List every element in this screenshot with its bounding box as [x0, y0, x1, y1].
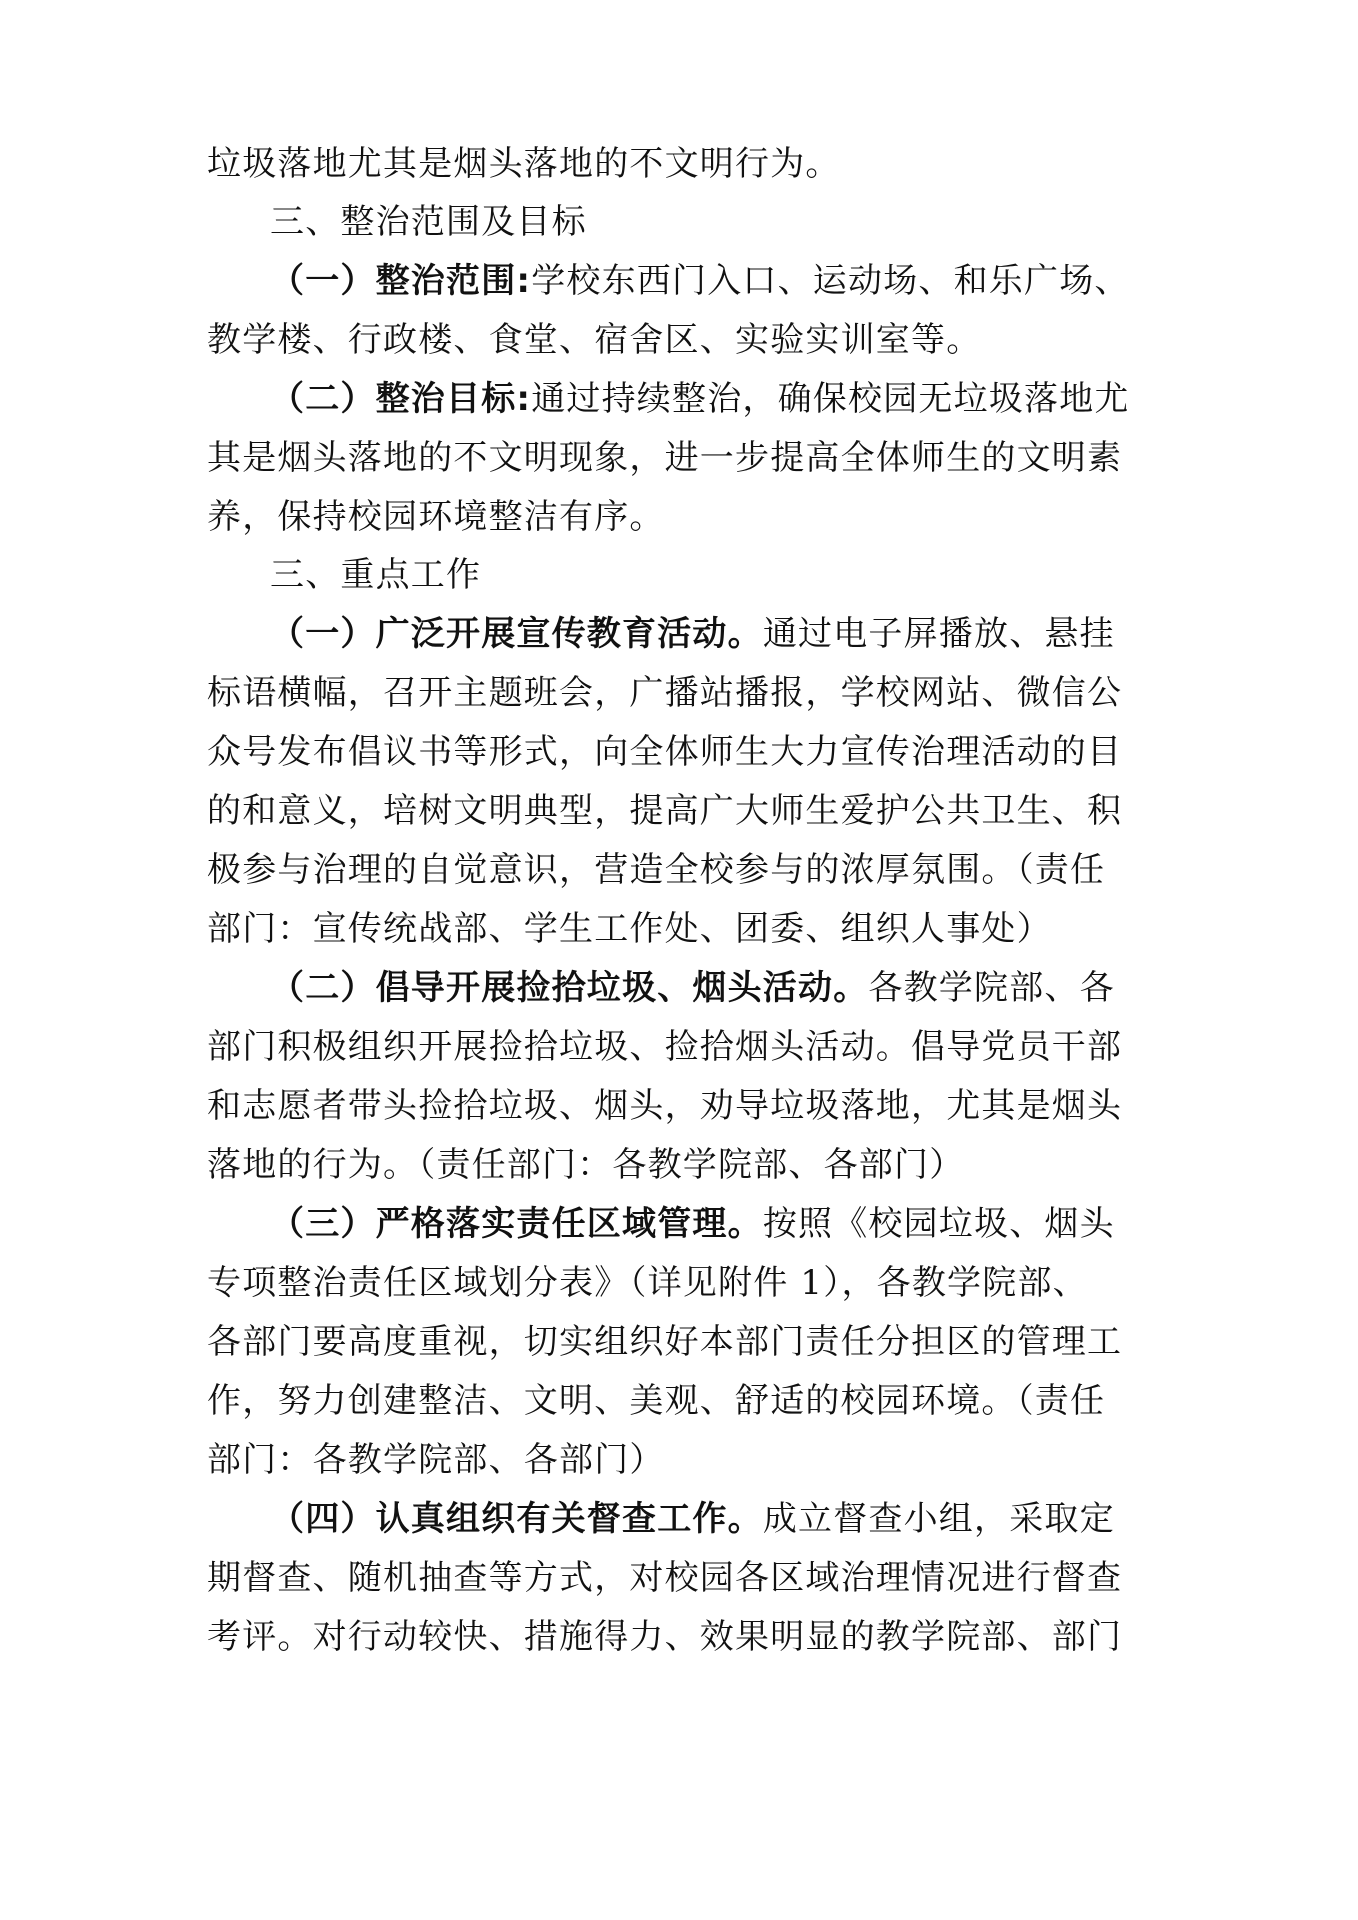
line-text: 和志愿者带头捡拾垃圾、烟头，劝导垃圾落地，尤其是烟头 [207, 1086, 1122, 1126]
text-line: 作，努力创建整洁、文明、美观、舒适的校园环境。（责任 [207, 1379, 1157, 1423]
line-text: 众号发布倡议书等形式，向全体师生大力宣传治理活动的目 [207, 732, 1122, 772]
text-line: 期督查、随机抽查等方式，对校园各区域治理情况进行督查 [207, 1556, 1157, 1600]
paragraph-lead: （一）整治范围: [270, 261, 531, 301]
line-text: 专项整治责任区域划分表》（详见附件 1），各教学院部、 [207, 1263, 1088, 1303]
line-text: 部门：宣传统战部、学生工作处、团委、组织人事处） [207, 909, 1052, 949]
line-text: 部门积极组织开展捡拾垃圾、捡拾烟头活动。倡导党员干部 [207, 1027, 1122, 1067]
text-line: 和志愿者带头捡拾垃圾、烟头，劝导垃圾落地，尤其是烟头 [207, 1084, 1157, 1128]
line-text: 成立督查小组，采取定 [763, 1499, 1115, 1539]
text-line: 部门积极组织开展捡拾垃圾、捡拾烟头活动。倡导党员干部 [207, 1025, 1157, 1069]
line-text: 作，努力创建整洁、文明、美观、舒适的校园环境。（责任 [207, 1381, 1105, 1421]
line-text: 部门：各教学院部、各部门） [207, 1440, 665, 1480]
line-text: 各教学院部、各 [868, 968, 1114, 1008]
heading-text: 三、重点工作 [270, 555, 481, 595]
line-text: 垃圾落地尤其是烟头落地的不文明行为。 [207, 144, 841, 184]
line-text: 通过电子屏播放、悬挂 [763, 614, 1115, 654]
text-line: 众号发布倡议书等形式，向全体师生大力宣传治理活动的目 [207, 730, 1157, 774]
paragraph-start: （三）严格落实责任区域管理。按照《校园垃圾、烟头 [270, 1202, 1220, 1246]
line-text: 的和意义，培树文明典型，提高广大师生爱护公共卫生、积 [207, 791, 1122, 831]
text-line: 专项整治责任区域划分表》（详见附件 1），各教学院部、 [207, 1261, 1157, 1305]
text-line: 考评。对行动较快、措施得力、效果明显的教学院部、部门 [207, 1615, 1157, 1659]
paragraph-lead: （二）整治目标: [270, 379, 531, 419]
document-page: 垃圾落地尤其是烟头落地的不文明行为。 三、整治范围及目标 （一）整治范围:学校东… [0, 0, 1358, 1920]
line-text: 学校东西门入口、运动场、和乐广场、 [531, 261, 1129, 301]
text-line: 教学楼、行政楼、食堂、宿舍区、实验实训室等。 [207, 318, 1157, 362]
text-line: 极参与治理的自觉意识，营造全校参与的浓厚氛围。（责任 [207, 848, 1157, 892]
heading-text: 三、整治范围及目标 [270, 202, 587, 242]
paragraph-start: （一）整治范围:学校东西门入口、运动场、和乐广场、 [270, 259, 1220, 303]
text-line: 养，保持校园环境整洁有序。 [207, 495, 1157, 539]
text-line: 标语横幅，召开主题班会，广播站播报，学校网站、微信公 [207, 671, 1157, 715]
text-line: 各部门要高度重视，切实组织好本部门责任分担区的管理工 [207, 1320, 1157, 1364]
paragraph-start: （一）广泛开展宣传教育活动。通过电子屏播放、悬挂 [270, 612, 1220, 656]
line-text: 极参与治理的自觉意识，营造全校参与的浓厚氛围。（责任 [207, 850, 1105, 890]
line-text: 期督查、随机抽查等方式，对校园各区域治理情况进行督查 [207, 1558, 1122, 1598]
text-line: 落地的行为。（责任部门：各教学院部、各部门） [207, 1143, 1157, 1187]
line-text: 各部门要高度重视，切实组织好本部门责任分担区的管理工 [207, 1322, 1122, 1362]
text-line: 垃圾落地尤其是烟头落地的不文明行为。 [207, 142, 1157, 186]
line-text: 通过持续整治，确保校园无垃圾落地尤 [531, 379, 1129, 419]
text-line: 部门：各教学院部、各部门） [207, 1438, 1157, 1482]
line-text: 按照《校园垃圾、烟头 [763, 1204, 1115, 1244]
paragraph-start: （四）认真组织有关督查工作。成立督查小组，采取定 [270, 1497, 1220, 1541]
text-line: 的和意义，培树文明典型，提高广大师生爱护公共卫生、积 [207, 789, 1157, 833]
paragraph-start: （二）整治目标:通过持续整治，确保校园无垃圾落地尤 [270, 377, 1220, 421]
line-text: 标语横幅，召开主题班会，广播站播报，学校网站、微信公 [207, 673, 1122, 713]
line-text: 落地的行为。（责任部门：各教学院部、各部门） [207, 1145, 964, 1185]
paragraph-lead: （二）倡导开展捡拾垃圾、烟头活动。 [270, 968, 868, 1008]
paragraph-start: （二）倡导开展捡拾垃圾、烟头活动。各教学院部、各 [270, 966, 1220, 1010]
paragraph-lead: （三）严格落实责任区域管理。 [270, 1204, 763, 1244]
line-text: 养，保持校园环境整洁有序。 [207, 497, 665, 537]
line-text: 教学楼、行政楼、食堂、宿舍区、实验实训室等。 [207, 320, 981, 360]
section-heading-scope-goals: 三、整治范围及目标 [270, 200, 1220, 244]
line-text: 其是烟头落地的不文明现象，进一步提高全体师生的文明素 [207, 438, 1122, 478]
paragraph-lead: （一）广泛开展宣传教育活动。 [270, 614, 763, 654]
paragraph-lead: （四）认真组织有关督查工作。 [270, 1499, 763, 1539]
section-heading-key-work: 三、重点工作 [270, 553, 1220, 597]
text-line: 部门：宣传统战部、学生工作处、团委、组织人事处） [207, 907, 1157, 951]
text-line: 其是烟头落地的不文明现象，进一步提高全体师生的文明素 [207, 436, 1157, 480]
line-text: 考评。对行动较快、措施得力、效果明显的教学院部、部门 [207, 1617, 1122, 1657]
